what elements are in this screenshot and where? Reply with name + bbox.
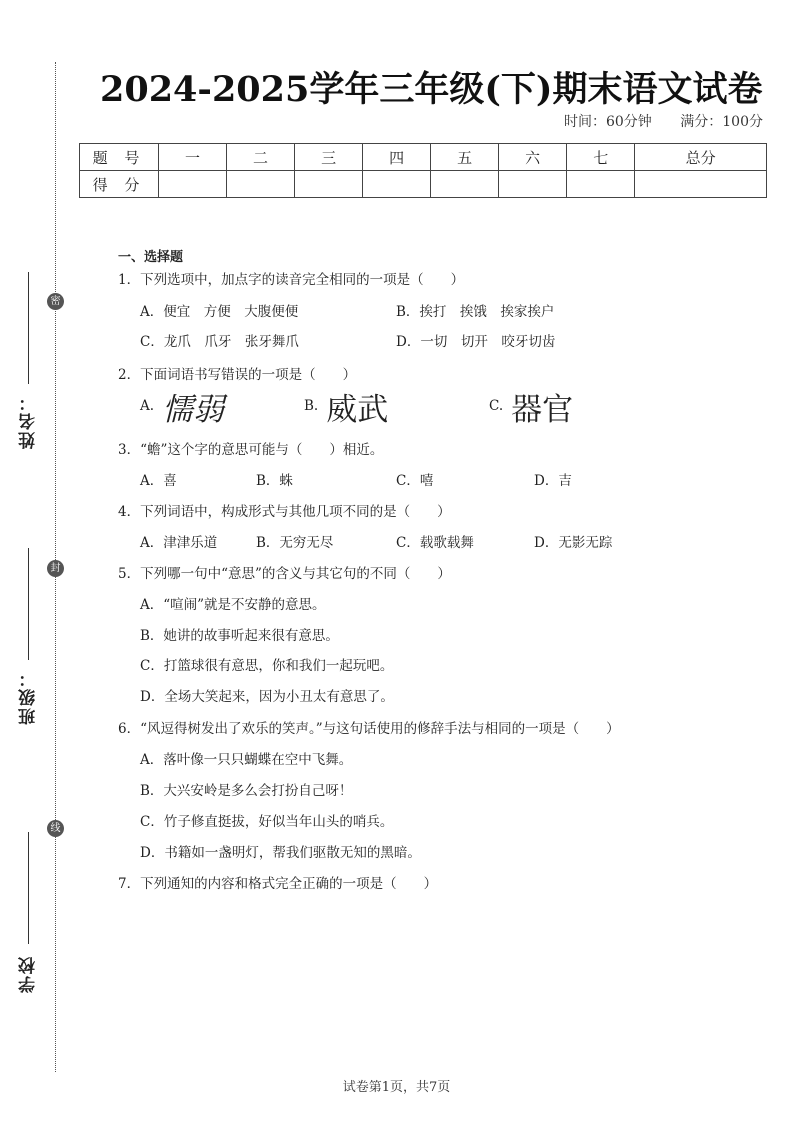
col-header-1: 一 — [159, 144, 227, 171]
q5-option-b[interactable]: B．她讲的故事听起来很有意思。 — [140, 624, 339, 644]
option-label: A． — [140, 597, 163, 613]
option-label: C． — [396, 473, 420, 489]
q4-option-b[interactable]: B．无穷无尽 — [256, 531, 333, 551]
option-handwritten-word: 器官 — [511, 392, 573, 428]
option-label: B． — [256, 535, 279, 551]
option-label: A． — [140, 304, 163, 320]
option-label: A． — [140, 473, 163, 489]
option-text: 吉 — [558, 473, 572, 489]
score-table: 题 号 一 二 三 四 五 六 七 总分 得 分 — [79, 143, 767, 198]
option-text: 喜 — [163, 473, 177, 489]
option-label: C． — [140, 334, 164, 350]
option-text: 落叶像一只只蝴蝶在空中飞舞。 — [163, 752, 352, 768]
option-label: B. — [304, 398, 318, 414]
score-cell-total[interactable] — [635, 171, 767, 198]
q3-option-c[interactable]: C．嘻 — [396, 469, 433, 489]
exam-meta: 时间：60分钟 满分：100分 — [540, 111, 763, 131]
option-text: 载歌载舞 — [420, 535, 474, 551]
option-text: 她讲的故事听起来很有意思。 — [163, 628, 339, 644]
q6-option-c[interactable]: C．竹子修直挺拔，好似当年山头的哨兵。 — [140, 810, 393, 830]
q3-option-a[interactable]: A．喜 — [140, 469, 177, 489]
option-label: B． — [256, 473, 279, 489]
option-label: C． — [140, 658, 164, 674]
option-text: 蛛 — [279, 473, 293, 489]
question-2-stem: 2．下面词语书写错误的一项是（ ） — [118, 363, 356, 383]
q2-option-b[interactable]: B.威武 — [304, 384, 388, 429]
page-footer: 试卷第1页，共7页 — [0, 1076, 793, 1095]
col-header-2: 二 — [227, 144, 295, 171]
question-1-stem: 1．下列选项中，加点字的读音完全相同的一项是（ ） — [118, 268, 464, 288]
option-label: B． — [140, 628, 163, 644]
question-4-stem: 4．下列词语中，构成形式与其他几项不同的是（ ） — [118, 500, 451, 520]
option-text: 竹子修直挺拔，好似当年山头的哨兵。 — [164, 814, 394, 830]
option-text: 嘻 — [420, 473, 434, 489]
col-header-4: 四 — [363, 144, 431, 171]
option-text: 便宜 方便 大腹便便 — [163, 304, 298, 320]
col-header-5: 五 — [431, 144, 499, 171]
seal-xian-icon: 线 — [47, 820, 64, 837]
option-text: 挨打 挨饿 挨家挨户 — [419, 304, 554, 320]
exam-time: 时间：60分钟 — [564, 114, 652, 130]
q3-option-d[interactable]: D．吉 — [534, 469, 572, 489]
option-label: A． — [140, 752, 163, 768]
option-label: D． — [534, 535, 558, 551]
option-label: B． — [140, 783, 163, 799]
question-7-stem: 7．下列通知的内容和格式完全正确的一项是（ ） — [118, 872, 437, 892]
q2-option-a[interactable]: A.懦弱 — [140, 384, 224, 429]
col-header-3: 三 — [295, 144, 363, 171]
school-field-label: 学校 — [16, 955, 40, 993]
option-label: A． — [140, 535, 163, 551]
option-text: 龙爪 爪牙 张牙舞爪 — [164, 334, 299, 350]
school-field-line[interactable] — [28, 832, 29, 944]
option-label: D． — [396, 334, 420, 350]
option-label: C． — [140, 814, 164, 830]
score-cell-3[interactable] — [295, 171, 363, 198]
seal-feng-icon: 封 — [47, 560, 64, 577]
row-label-question-no: 题 号 — [80, 144, 159, 171]
option-text: 全场大笑起来，因为小丑太有意思了。 — [164, 689, 394, 705]
score-cell-5[interactable] — [431, 171, 499, 198]
q6-option-b[interactable]: B．大兴安岭是多么会打扮自己呀！ — [140, 779, 352, 799]
option-text: 无穷无尽 — [279, 535, 333, 551]
question-6-stem: 6．“风逗得树发出了欢乐的笑声。”与这句话使用的修辞手法与相同的一项是（ ） — [118, 717, 620, 737]
option-label: C． — [396, 535, 420, 551]
class-field-label: 班级： — [16, 668, 40, 725]
option-text: 打篮球很有意思，你和我们一起玩吧。 — [164, 658, 394, 674]
q4-option-c[interactable]: C．载歌载舞 — [396, 531, 474, 551]
score-table-header-row: 题 号 一 二 三 四 五 六 七 总分 — [80, 144, 767, 171]
option-label: A. — [140, 398, 154, 414]
q1-option-a[interactable]: A．便宜 方便 大腹便便 — [140, 300, 298, 320]
option-text: 大兴安岭是多么会打扮自己呀！ — [163, 783, 352, 799]
score-cell-4[interactable] — [363, 171, 431, 198]
score-cell-2[interactable] — [227, 171, 295, 198]
exam-full-score: 满分：100分 — [680, 114, 763, 130]
q1-option-c[interactable]: C．龙爪 爪牙 张牙舞爪 — [140, 330, 299, 350]
row-label-score: 得 分 — [80, 171, 159, 198]
binding-margin: 密 封 线 姓名： 班级： 学校 — [0, 0, 80, 1122]
option-text: 无影无踪 — [558, 535, 612, 551]
option-label: C. — [489, 398, 503, 414]
section-title: 一、选择题 — [118, 246, 183, 265]
option-text: 书籍如一盏明灯，帮我们驱散无知的黑暗。 — [164, 845, 421, 861]
question-3-stem: 3．“蟾”这个字的意思可能与（ ）相近。 — [118, 438, 383, 458]
q1-option-b[interactable]: B．挨打 挨饿 挨家挨户 — [396, 300, 554, 320]
q4-option-a[interactable]: A．津津乐道 — [140, 531, 217, 551]
col-header-6: 六 — [499, 144, 567, 171]
option-label: D． — [534, 473, 558, 489]
score-table-score-row: 得 分 — [80, 171, 767, 198]
option-text: “喧闹”就是不安静的意思。 — [163, 597, 325, 613]
score-cell-1[interactable] — [159, 171, 227, 198]
q5-option-c[interactable]: C．打篮球很有意思，你和我们一起玩吧。 — [140, 654, 393, 674]
seal-mi-icon: 密 — [47, 293, 64, 310]
class-field-line[interactable] — [28, 548, 29, 660]
score-cell-6[interactable] — [499, 171, 567, 198]
option-label: D． — [140, 689, 164, 705]
option-text: 津津乐道 — [163, 535, 217, 551]
option-handwritten-word: 懦弱 — [162, 392, 224, 428]
q4-option-d[interactable]: D．无影无踪 — [534, 531, 612, 551]
q6-option-d[interactable]: D．书籍如一盏明灯，帮我们驱散无知的黑暗。 — [140, 841, 421, 861]
q3-option-b[interactable]: B．蛛 — [256, 469, 293, 489]
exam-title: 2024-2025学年三年级(下)期末语文试卷 — [100, 62, 750, 112]
option-text: 一切 切开 咬牙切齿 — [420, 334, 555, 350]
col-header-total: 总分 — [635, 144, 767, 171]
score-cell-7[interactable] — [567, 171, 635, 198]
q5-option-d[interactable]: D．全场大笑起来，因为小丑太有意思了。 — [140, 685, 394, 705]
col-header-7: 七 — [567, 144, 635, 171]
option-label: D． — [140, 845, 164, 861]
q5-option-a[interactable]: A．“喧闹”就是不安静的意思。 — [140, 593, 326, 613]
option-handwritten-word: 威武 — [326, 392, 388, 428]
name-field-label: 姓名： — [16, 392, 40, 449]
q2-option-c[interactable]: C.器官 — [489, 384, 573, 429]
option-label: B． — [396, 304, 419, 320]
name-field-line[interactable] — [28, 272, 29, 384]
q1-option-d[interactable]: D．一切 切开 咬牙切齿 — [396, 330, 555, 350]
q6-option-a[interactable]: A．落叶像一只只蝴蝶在空中飞舞。 — [140, 748, 352, 768]
question-5-stem: 5．下列哪一句中“意思”的含义与其它句的不同（ ） — [118, 562, 451, 582]
